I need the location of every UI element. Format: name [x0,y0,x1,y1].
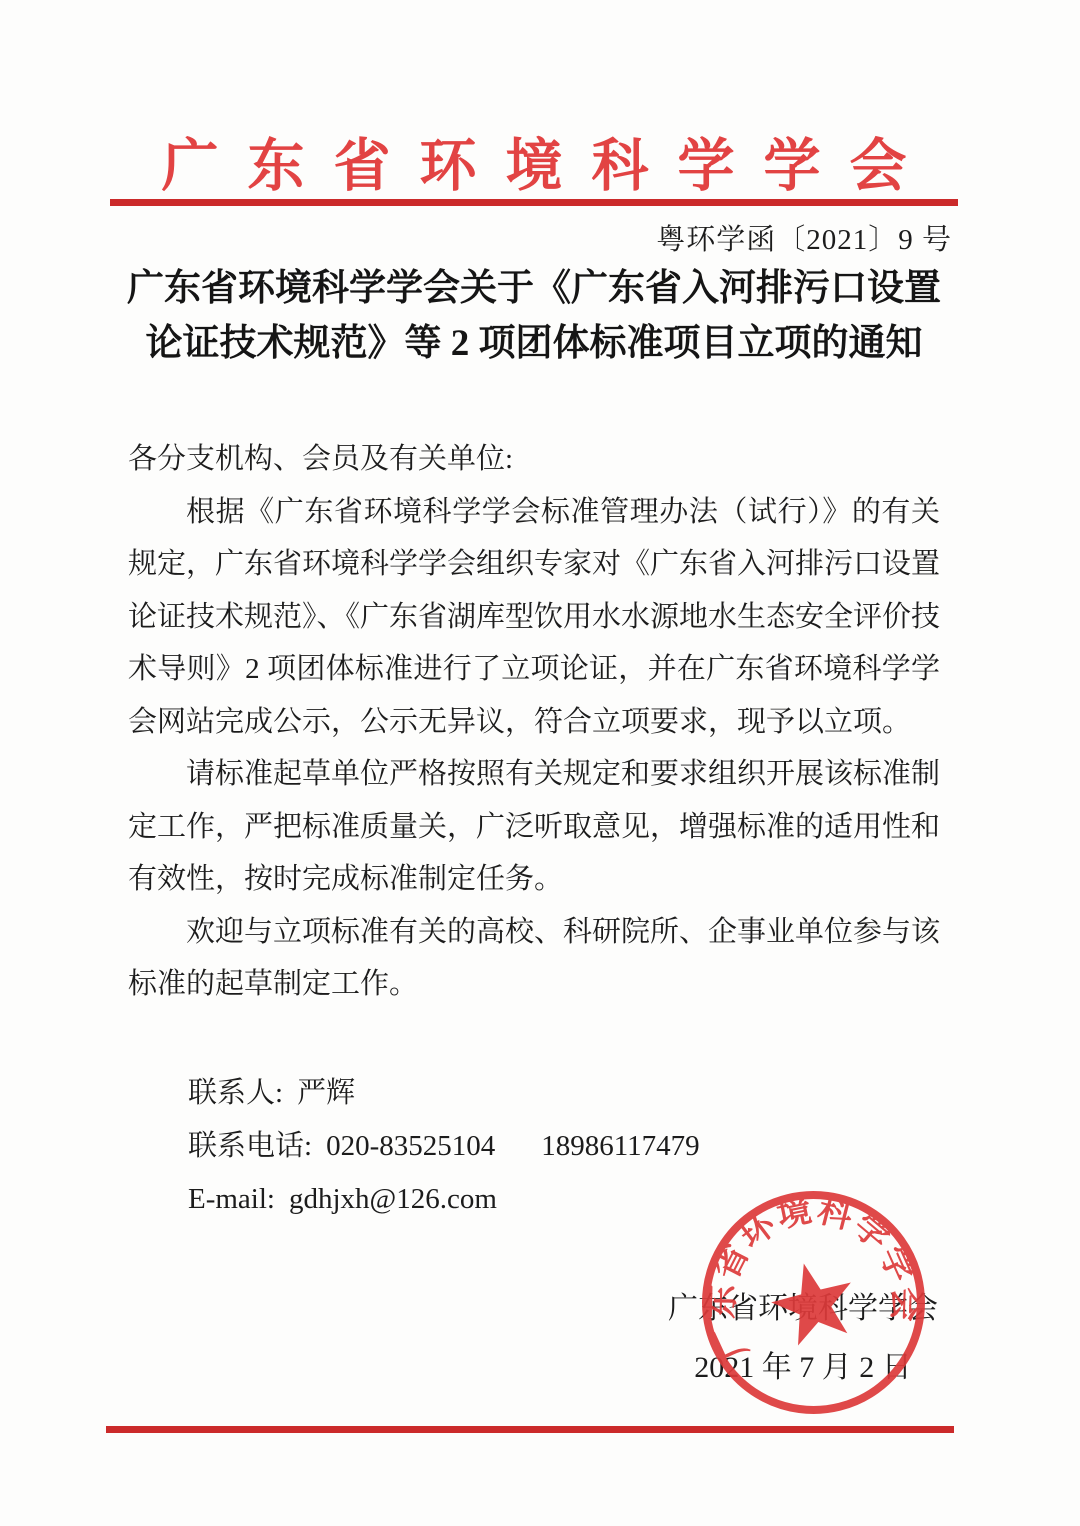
letterhead-org-name: 广东省环境科学学会 [110,120,958,202]
footer-double-rule [106,1426,954,1433]
body-paragraph-3: 欢迎与立项标准有关的高校、科研院所、企事业单位参与该标准的起草制定工作。 [128,906,940,1011]
document-page: 广东省环境科学学会 粤环学函〔2021〕9 号 广东省环境科学学会关于《广东省入… [0,0,1080,1526]
contact-person-name: 严辉 [297,1077,355,1109]
signature-block: 广东省环境科学学会 2021 年 7 月 2 日 [663,1279,943,1397]
contact-email-line: E-mail:gdhjxh@126.com [188,1173,700,1226]
signature-date: 2021 年 7 月 2 日 [663,1338,943,1397]
title-line-2: 论证技术规范》等 2 项团体标准项目立项的通知 [110,316,958,371]
salutation: 各分支机构、会员及有关单位: [128,433,940,486]
contact-person-label: 联系人: [188,1077,283,1109]
contact-email-label: E-mail: [188,1183,275,1215]
contact-phone-label: 联系电话: [188,1130,312,1162]
contact-block: 联系人:严辉 联系电话:020-8352510418986117479 E-ma… [188,1067,700,1226]
document-title: 广东省环境科学学会关于《广东省入河排污口设置 论证技术规范》等 2 项团体标准项… [110,261,958,371]
body-paragraph-2: 请标准起草单位严格按照有关规定和要求组织开展该标准制定工作，严把标准质量关，广泛… [128,748,940,906]
signature-org: 广东省环境科学学会 [663,1279,943,1338]
header-double-rule [110,199,958,206]
contact-person-line: 联系人:严辉 [188,1067,700,1120]
body-paragraph-1: 根据《广东省环境科学学会标准管理办法（试行）》的有关规定，广东省环境科学学会组织… [128,486,940,749]
contact-phone-line: 联系电话:020-8352510418986117479 [188,1120,700,1173]
document-body: 各分支机构、会员及有关单位: 根据《广东省环境科学学会标准管理办法（试行）》的有… [128,433,940,1011]
doc-number: 粤环学函〔2021〕9 号 [656,217,952,258]
contact-phone-primary: 020-83525104 [326,1130,495,1162]
title-line-1: 广东省环境科学学会关于《广东省入河排污口设置 [110,261,958,316]
contact-email: gdhjxh@126.com [289,1183,497,1215]
contact-phone-secondary: 18986117479 [541,1130,699,1162]
